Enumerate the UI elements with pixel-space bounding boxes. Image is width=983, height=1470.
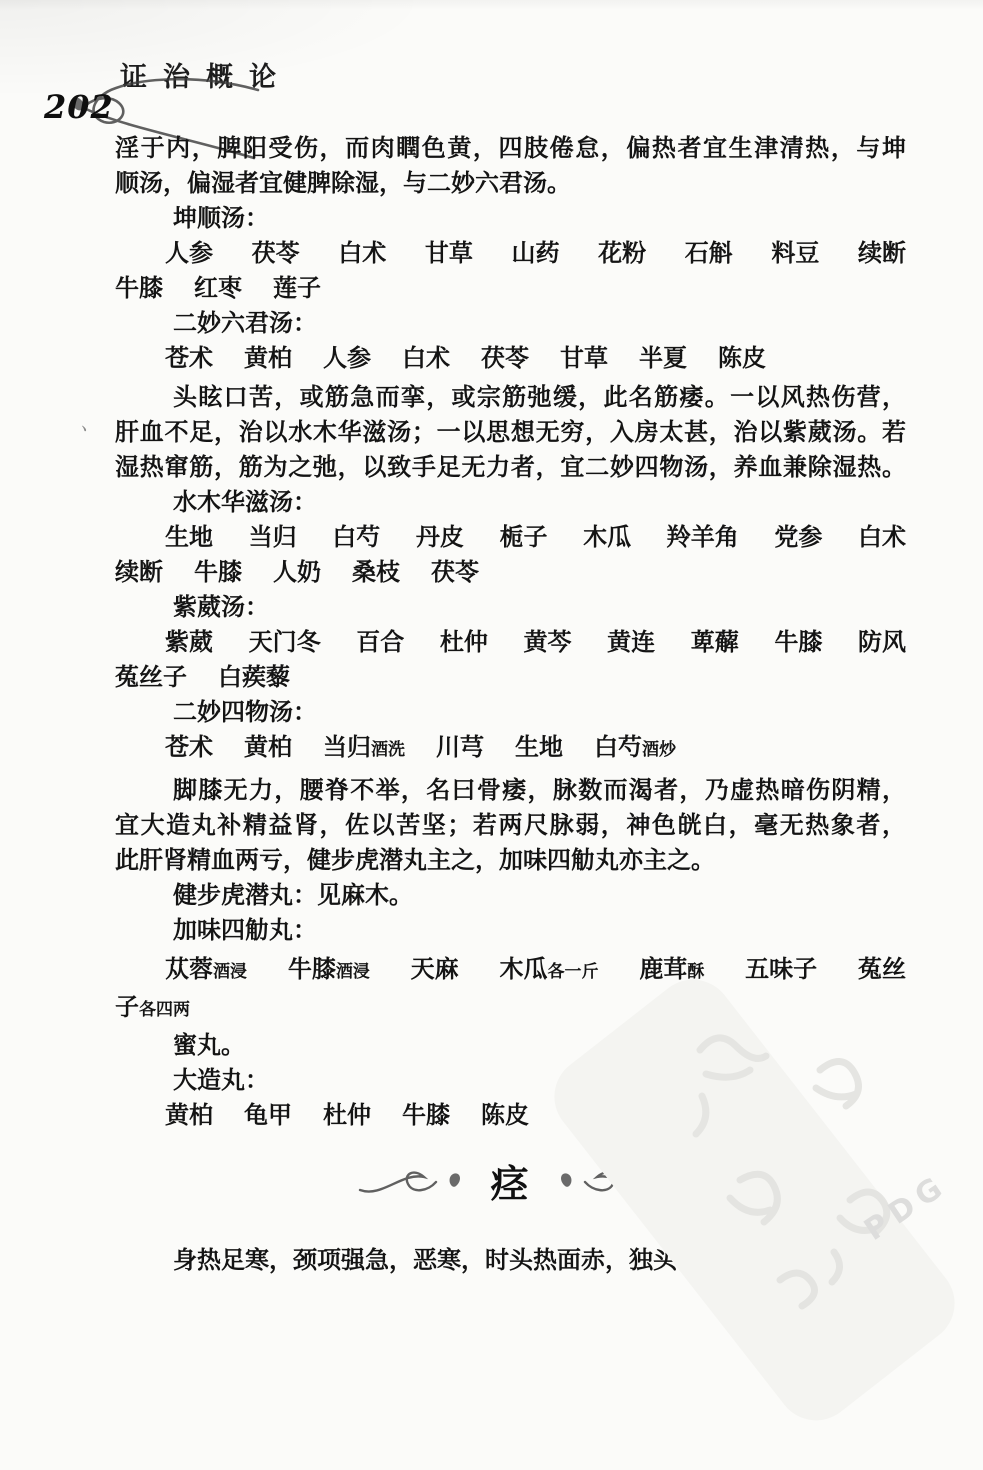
herb-item: 白术 [338,236,386,271]
herb-item: 羚羊角 [667,520,739,555]
herb-item: 苍术 [165,730,213,765]
section-title: 痉 [490,1167,530,1202]
herb-line: 苁蓉酒浸牛膝酒浸天麻木瓜各一斤鹿茸酥五味子菟丝 [115,952,906,990]
herb-name: 生地 [515,733,563,761]
text-line: 肝血不足，治以水木华滋汤；一以思想无穷，入房太甚，治以紫葳汤。若 [115,415,906,450]
herb-item: 五味子 [745,952,817,987]
herb-item: 桑枝 [352,555,400,590]
herb-name: 栀子 [500,523,548,551]
text-line: 头眩口苦，或筋急而挛，或宗筋弛缓，此名筋痿。一以风热伤营， [115,380,906,415]
herb-item: 石斛 [685,236,733,271]
herb-name: 牛膝 [194,558,242,586]
herb-annotation: 各一斤 [547,962,598,982]
herb-name: 人参 [165,239,213,267]
herb-name: 陈皮 [718,344,766,372]
herb-item: 川芎 [436,730,484,765]
herb-name: 当归 [249,523,297,551]
herb-item: 萆薢 [691,625,739,660]
herb-name: 党参 [774,523,822,551]
herb-item: 花粉 [598,236,646,271]
herb-item: 牛膝 [402,1098,450,1133]
herb-name: 黄芩 [524,628,572,656]
herb-item: 杜仲 [323,1098,371,1133]
herb-item: 白芍 [332,520,380,555]
text-line: 健步虎潜丸：见麻木。 [115,878,906,913]
herb-name: 续断 [115,558,163,586]
herb-name: 木瓜 [499,955,547,983]
herb-line: 紫葳天门冬百合杜仲黄芩黄连萆薢牛膝防风 [115,625,906,660]
herb-item: 续断 [115,555,163,590]
text-line: 水木华滋汤： [115,485,906,520]
text-line: 紫葳汤： [115,590,906,625]
herb-name: 苁蓉 [165,955,213,983]
herb-item: 苍术 [165,341,213,376]
herb-name: 紫葳 [165,628,213,656]
herb-annotation: 酒洗 [371,740,405,760]
herb-name: 石斛 [685,239,733,267]
herb-name: 续断 [858,239,906,267]
herb-item: 紫葳 [165,625,213,660]
text-line: 湿热窜筋，筋为之弛，以致手足无力者，宜二妙四物汤，养血兼除湿热。 [115,450,906,485]
herb-name: 白芍 [332,523,380,551]
herb-name: 半夏 [639,344,687,372]
section-flourish-left-icon [358,1164,470,1204]
herb-name: 人参 [323,344,371,372]
herb-item: 防风 [858,625,906,660]
herb-name: 甘草 [560,344,608,372]
herb-name: 丹皮 [416,523,464,551]
herb-name: 五味子 [745,955,817,983]
herb-name: 黄连 [607,628,655,656]
herb-item: 木瓜 [583,520,631,555]
herb-item: 茯苓 [431,555,479,590]
herb-annotation: 酒浸 [336,962,370,982]
herb-name: 白芍 [594,733,642,761]
herb-name: 生地 [165,523,213,551]
herb-name: 白术 [402,344,450,372]
herb-line: 菟丝子白蒺藜 [115,660,906,695]
herb-item: 生地 [165,520,213,555]
text-line: 二妙四物汤： [115,695,906,730]
herb-item: 茯苓 [252,236,300,271]
herb-name: 川芎 [436,733,484,761]
herb-item: 白术 [402,341,450,376]
herb-annotation: 酒浸 [213,962,247,982]
herb-name: 白术 [338,239,386,267]
herb-line: 生地当归白芍丹皮栀子木瓜羚羊角党参白术 [115,520,906,555]
herb-item: 龟甲 [244,1098,292,1133]
herb-item: 百合 [356,625,404,660]
herb-item: 莲子 [273,271,321,306]
herb-item: 白蒺藜 [218,660,290,695]
herb-item: 红枣 [194,271,242,306]
herb-item: 菟丝子 [115,660,187,695]
scan-watermark-calligraphy [630,990,960,1330]
herb-item: 半夏 [639,341,687,376]
herb-item: 党参 [774,520,822,555]
page-number: 202 [44,88,114,126]
herb-name: 料豆 [771,239,819,267]
book-page: 证治概论 202 淫于内，脾阳受伤，而肉瞤色黄，四肢倦怠，偏热者宜生津清热，与坤… [0,0,983,1470]
herb-name: 苍术 [165,733,213,761]
herb-name: 杜仲 [323,1101,371,1129]
herb-item: 陈皮 [718,341,766,376]
herb-name: 菟丝 [858,955,906,983]
herb-name: 白蒺藜 [218,663,290,691]
herb-item: 黄柏 [244,730,292,765]
herb-name: 红枣 [194,274,242,302]
herb-item: 牛膝 [115,271,163,306]
herb-name: 黄柏 [165,1101,213,1129]
herb-name: 莲子 [273,274,321,302]
herb-item: 白术 [858,520,906,555]
herb-name: 茯苓 [481,344,529,372]
herb-name: 天麻 [411,955,459,983]
herb-name: 牛膝 [402,1101,450,1129]
herb-item: 料豆 [771,236,819,271]
herb-line: 人参茯苓白术甘草山药花粉石斛料豆续断 [115,236,906,271]
scan-artifact-mark: 、 [79,406,105,439]
herb-item: 当归 [249,520,297,555]
herb-name: 黄柏 [244,733,292,761]
herb-name: 黄柏 [244,344,292,372]
herb-item: 栀子 [500,520,548,555]
text-line: 淫于内，脾阳受伤，而肉瞤色黄，四肢倦怠，偏热者宜生津清热，与坤 [115,131,906,166]
herb-item: 生地 [515,730,563,765]
herb-item: 人奶 [273,555,321,590]
herb-item: 甘草 [560,341,608,376]
text-line: 坤顺汤： [115,201,906,236]
text-line: 顺汤，偏湿者宜健脾除湿，与二妙六君汤。 [115,166,906,201]
herb-name: 杜仲 [440,628,488,656]
herb-annotation: 各四两 [139,1000,190,1020]
text-line: 脚膝无力，腰脊不举，名曰骨痿，脉数而渴者，乃虚热暗伤阴精， [115,773,906,808]
herb-item: 山药 [512,236,560,271]
herb-name: 子 [115,993,139,1021]
herb-name: 防风 [858,628,906,656]
herb-line: 苍术黄柏人参白术茯苓甘草半夏陈皮 [115,341,906,376]
herb-name: 苍术 [165,344,213,372]
herb-line: 牛膝红枣莲子 [115,271,906,306]
herb-name: 甘草 [425,239,473,267]
herb-item: 木瓜各一斤 [499,952,598,990]
herb-item: 黄芩 [524,625,572,660]
herb-item: 甘草 [425,236,473,271]
herb-name: 菟丝子 [115,663,187,691]
herb-item: 杜仲 [440,625,488,660]
herb-name: 陈皮 [481,1101,529,1129]
text-flow-upper: 淫于内，脾阳受伤，而肉瞤色黄，四肢倦怠，偏热者宜生津清热，与坤顺汤，偏湿者宜健脾… [115,131,906,1133]
herb-item: 人参 [323,341,371,376]
herb-item: 天门冬 [249,625,321,660]
herb-name: 山药 [512,239,560,267]
herb-name: 牛膝 [115,274,163,302]
herb-line: 续断牛膝人奶桑枝茯苓 [115,555,906,590]
herb-name: 萆薢 [691,628,739,656]
herb-item: 人参 [165,236,213,271]
herb-name: 龟甲 [244,1101,292,1129]
text-line: 此肝肾精血两亏，健步虎潜丸主之，加味四觔丸亦主之。 [115,843,906,878]
herb-item: 牛膝 [194,555,242,590]
herb-item: 白芍酒炒 [594,730,676,768]
herb-item: 黄柏 [244,341,292,376]
text-line: 宜大造丸补精益肾，佐以苦坚；若两尺脉弱，神色㿠白，毫无热象者， [115,808,906,843]
herb-name: 百合 [356,628,404,656]
herb-annotation: 酒炒 [642,740,676,760]
herb-name: 鹿茸 [639,955,687,983]
herb-name: 人奶 [273,558,321,586]
herb-item: 天麻 [411,952,459,987]
herb-item: 黄柏 [165,1098,213,1133]
herb-item: 牛膝 [774,625,822,660]
herb-item: 苁蓉酒浸 [165,952,247,990]
herb-name: 牛膝 [288,955,336,983]
herb-name: 白术 [858,523,906,551]
herb-item: 子各四两 [115,990,190,1028]
herb-item: 续断 [858,236,906,271]
herb-item: 茯苓 [481,341,529,376]
herb-item: 当归酒洗 [323,730,405,768]
herb-name: 天门冬 [249,628,321,656]
text-line: 二妙六君汤： [115,306,906,341]
text-line: 加味四觔丸： [115,913,906,948]
herb-name: 花粉 [598,239,646,267]
herb-name: 木瓜 [583,523,631,551]
herb-name: 茯苓 [252,239,300,267]
herb-name: 牛膝 [774,628,822,656]
herb-item: 牛膝酒浸 [288,952,370,990]
herb-item: 陈皮 [481,1098,529,1133]
herb-line: 苍术黄柏当归酒洗川芎生地白芍酒炒 [115,730,906,768]
herb-item: 黄连 [607,625,655,660]
herb-name: 茯苓 [431,558,479,586]
herb-name: 桑枝 [352,558,400,586]
herb-item: 丹皮 [416,520,464,555]
herb-item: 菟丝 [858,952,906,987]
herb-name: 当归 [323,733,371,761]
herb-name: 羚羊角 [667,523,739,551]
